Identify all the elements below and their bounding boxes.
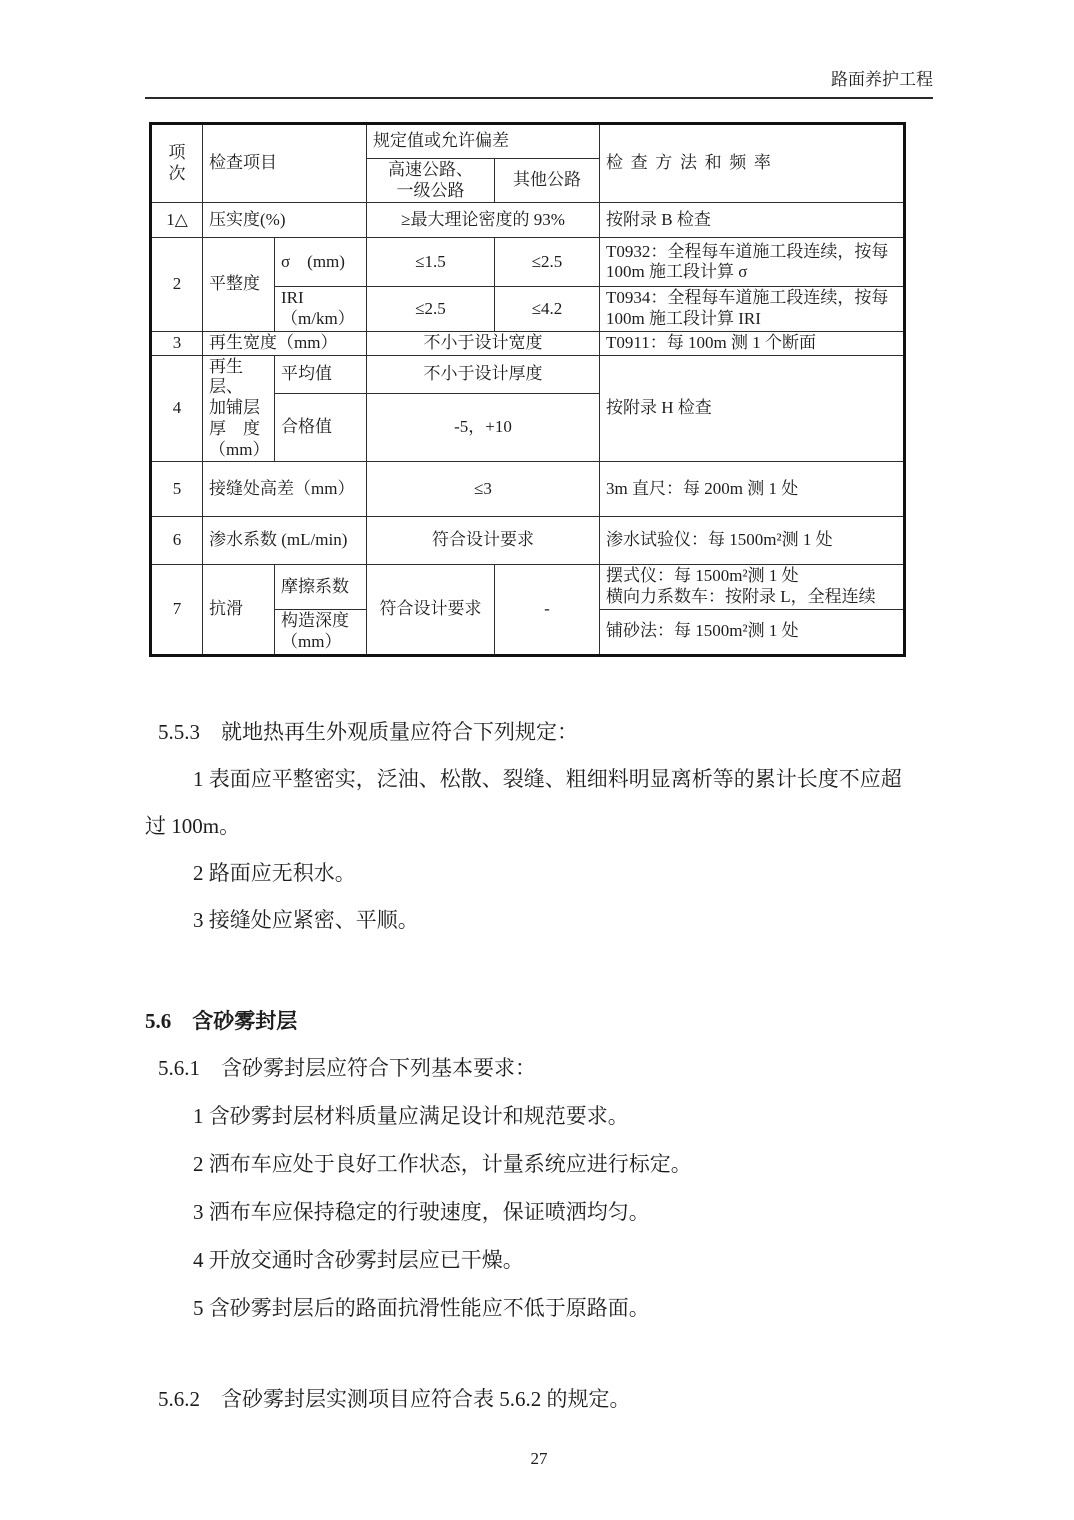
- cell-r4-spec1: 不小于设计厚度: [367, 355, 600, 394]
- th-spec: 规定值或允许偏差: [367, 124, 600, 159]
- cell-r7-sub2: 构造深度 （mm）: [275, 609, 367, 655]
- table-row-5: 5 接缝处高差（mm） ≤3 3m 直尺：每 200m 测 1 处: [151, 462, 905, 517]
- para-5-6-1-item-3: 3 洒布车应保持稳定的行驶速度，保证喷洒均匀。: [145, 1188, 933, 1236]
- body-text: 5.5.3 就地热再生外观质量应符合下列规定： 1 表面应平整密实，泛油、松散、…: [145, 709, 933, 1423]
- table-row-4a: 4 再生层、 加铺层 厚 度 （mm） 平均值 不小于设计厚度 按附录 H 检查: [151, 355, 905, 394]
- cell-r2-v21: ≤2.5: [367, 287, 495, 331]
- cell-r2-m2: T0934：全程每车道施工段连续，按每 100m 施工段计算 IRI: [600, 287, 905, 331]
- cell-r1-item: 压实度(%): [203, 203, 367, 238]
- cell-r7-spec1: 符合设计要求: [367, 565, 495, 655]
- section-heading-5-6: 5.6 含砂雾封层: [145, 998, 933, 1045]
- cell-r4-sub1: 平均值: [275, 355, 367, 394]
- cell-r4-no: 4: [151, 355, 203, 462]
- cell-r6-spec: 符合设计要求: [367, 517, 600, 565]
- para-5-6-1-item-1: 1 含砂雾封层材料质量应满足设计和规范要求。: [145, 1092, 933, 1140]
- para-5-5-3-item-2: 2 路面应无积水。: [145, 850, 933, 897]
- cell-r7-item: 抗滑: [203, 565, 275, 655]
- section-heading-5-6-1: 5.6.1 含砂雾封层应符合下列基本要求：: [145, 1045, 933, 1092]
- table-row-1: 1△ 压实度(%) ≥最大理论密度的 93% 按附录 B 检查: [151, 203, 905, 238]
- cell-r6-no: 6: [151, 517, 203, 565]
- cell-r4-item: 再生层、 加铺层 厚 度 （mm）: [203, 355, 275, 462]
- inspection-table: 项 次 检查项目 规定值或允许偏差 检查方法和频率 高速公路、 一级公路 其他公…: [149, 122, 906, 657]
- cell-r3-spec: 不小于设计宽度: [367, 331, 600, 355]
- running-head: 路面养护工程: [831, 70, 933, 89]
- cell-r2-sub2: IRI （m/km）: [275, 287, 367, 331]
- th-item-no: 项 次: [151, 124, 203, 203]
- cell-r7-m2: 铺砂法：每 1500m²测 1 处: [600, 609, 905, 655]
- cell-r7-m1: 摆式仪：每 1500m²测 1 处 横向力系数车：按附录 L，全程连续: [600, 565, 905, 609]
- cell-r5-no: 5: [151, 462, 203, 517]
- cell-r3-no: 3: [151, 331, 203, 355]
- page-content: 路面养护工程 项 次 检查项目 规定值或允许偏差 检查方法和频率 高速公路、 一…: [145, 0, 933, 1469]
- cell-r3-item: 再生宽度（mm）: [203, 331, 367, 355]
- cell-r5-method: 3m 直尺：每 200m 测 1 处: [600, 462, 905, 517]
- cell-r5-item: 接缝处高差（mm）: [203, 462, 367, 517]
- th-spec-other: 其他公路: [495, 159, 600, 203]
- page-header: 路面养护工程: [145, 0, 933, 99]
- cell-r1-method: 按附录 B 检查: [600, 203, 905, 238]
- cell-r4-spec2: -5，+10: [367, 394, 600, 462]
- section-heading-5-6-2: 5.6.2 含砂雾封层实测项目应符合表 5.6.2 的规定。: [145, 1376, 933, 1423]
- cell-r3-method: T0911：每 100m 测 1 个断面: [600, 331, 905, 355]
- para-5-5-3-item-1: 1 表面应平整密实，泛油、松散、裂缝、粗细料明显离析等的累计长度不应超 过 10…: [145, 756, 933, 850]
- table-row-2a: 2 平整度 σ (mm) ≤1.5 ≤2.5 T0932：全程每车道施工段连续，…: [151, 238, 905, 287]
- cell-r2-item: 平整度: [203, 238, 275, 331]
- cell-r2-no: 2: [151, 238, 203, 331]
- para-5-5-3-item-3: 3 接缝处应紧密、平顺。: [145, 897, 933, 944]
- cell-r2-sub1: σ (mm): [275, 238, 367, 287]
- cell-r2-m1: T0932：全程每车道施工段连续，按每 100m 施工段计算 σ: [600, 238, 905, 287]
- table-row-6: 6 渗水系数 (mL/min) 符合设计要求 渗水试验仪：每 1500m²测 1…: [151, 517, 905, 565]
- cell-r4-sub2: 合格值: [275, 394, 367, 462]
- section-5-6-1-items: 1 含砂雾封层材料质量应满足设计和规范要求。 2 洒布车应处于良好工作状态，计量…: [145, 1092, 933, 1332]
- document-page: 路面养护工程 项 次 检查项目 规定值或允许偏差 检查方法和频率 高速公路、 一…: [0, 0, 1074, 1520]
- cell-r1-spec: ≥最大理论密度的 93%: [367, 203, 600, 238]
- cell-r7-spec2: -: [495, 565, 600, 655]
- cell-r2-v12: ≤2.5: [495, 238, 600, 287]
- section-heading-5-5-3: 5.5.3 就地热再生外观质量应符合下列规定：: [145, 709, 933, 756]
- th-spec-highway: 高速公路、 一级公路: [367, 159, 495, 203]
- cell-r6-item: 渗水系数 (mL/min): [203, 517, 367, 565]
- page-number: 27: [145, 1449, 933, 1469]
- cell-r4-method: 按附录 H 检查: [600, 355, 905, 462]
- cell-r7-sub1: 摩擦系数: [275, 565, 367, 609]
- para-5-6-1-item-5: 5 含砂雾封层后的路面抗滑性能应不低于原路面。: [145, 1284, 933, 1332]
- cell-r2-v11: ≤1.5: [367, 238, 495, 287]
- cell-r1-no: 1△: [151, 203, 203, 238]
- para-5-6-1-item-2: 2 洒布车应处于良好工作状态，计量系统应进行标定。: [145, 1140, 933, 1188]
- cell-r2-v22: ≤4.2: [495, 287, 600, 331]
- cell-r5-spec: ≤3: [367, 462, 600, 517]
- th-method: 检查方法和频率: [600, 124, 905, 203]
- para-5-6-1-item-4: 4 开放交通时含砂雾封层应已干燥。: [145, 1236, 933, 1284]
- table-row-3: 3 再生宽度（mm） 不小于设计宽度 T0911：每 100m 测 1 个断面: [151, 331, 905, 355]
- th-check-item: 检查项目: [203, 124, 367, 203]
- cell-r7-no: 7: [151, 565, 203, 655]
- table-header-row-1: 项 次 检查项目 规定值或允许偏差 检查方法和频率: [151, 124, 905, 159]
- cell-r6-method: 渗水试验仪：每 1500m²测 1 处: [600, 517, 905, 565]
- table-row-7a: 7 抗滑 摩擦系数 符合设计要求 - 摆式仪：每 1500m²测 1 处 横向力…: [151, 565, 905, 609]
